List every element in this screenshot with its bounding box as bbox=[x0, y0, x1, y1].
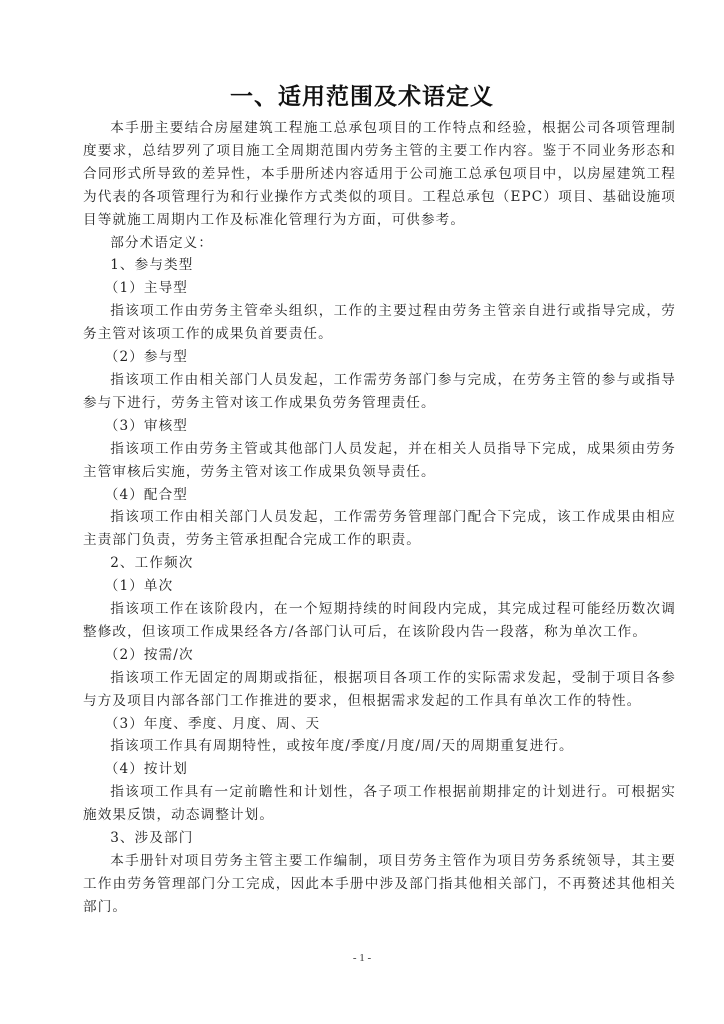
section-heading-work-frequency: 2、工作频次 bbox=[83, 552, 676, 575]
term-label-single: （1）单次 bbox=[83, 575, 676, 598]
section-heading-participation-type: 1、参与类型 bbox=[83, 254, 676, 277]
term-definition-reviewing: 指该项工作由劳务主管或其他部门人员发起，并在相关人员指导下完成，成果须由劳务主管… bbox=[83, 438, 676, 484]
term-label-periodic: （3）年度、季度、月度、周、天 bbox=[83, 713, 676, 736]
term-label-on-demand: （2）按需/次 bbox=[83, 644, 676, 667]
document-page: 一、适用范围及术语定义 本手册主要结合房屋建筑工程施工总承包项目的工作特点和经验… bbox=[0, 0, 724, 1024]
term-definition-single: 指该项工作在该阶段内，在一个短期持续的时间段内完成，其完成过程可能经历数次调整修… bbox=[83, 598, 676, 644]
departments-paragraph: 本手册针对项目劳务主管主要工作编制，项目劳务主管作为项目劳务系统领导，其主要工作… bbox=[83, 850, 676, 919]
term-definition-planned: 指该项工作具有一定前瞻性和计划性，各子项工作根据前期排定的计划进行。可根据实施效… bbox=[83, 781, 676, 827]
term-definition-participating: 指该项工作由相关部门人员发起，工作需劳务部门参与完成，在劳务主管的参与或指导参与… bbox=[83, 369, 676, 415]
term-label-leading: （1）主导型 bbox=[83, 277, 676, 300]
term-label-cooperating: （4）配合型 bbox=[83, 484, 676, 507]
page-title: 一、适用范围及术语定义 bbox=[0, 82, 724, 112]
intro-paragraph: 本手册主要结合房屋建筑工程施工总承包项目的工作特点和经验，根据公司各项管理制度要… bbox=[83, 117, 676, 232]
document-body: 本手册主要结合房屋建筑工程施工总承包项目的工作特点和经验，根据公司各项管理制度要… bbox=[83, 117, 676, 919]
page-number: - 1 - bbox=[0, 952, 724, 964]
term-label-participating: （2）参与型 bbox=[83, 346, 676, 369]
terms-heading: 部分术语定义： bbox=[83, 232, 676, 255]
section-heading-departments: 3、涉及部门 bbox=[83, 827, 676, 850]
term-label-planned: （4）按计划 bbox=[83, 758, 676, 781]
term-definition-cooperating: 指该项工作由相关部门人员发起，工作需劳务管理部门配合下完成，该工作成果由相应主责… bbox=[83, 506, 676, 552]
term-definition-leading: 指该项工作由劳务主管牵头组织，工作的主要过程由劳务主管亲自进行或指导完成，劳务主… bbox=[83, 300, 676, 346]
term-label-reviewing: （3）审核型 bbox=[83, 415, 676, 438]
term-definition-periodic: 指该项工作具有周期特性，或按年度/季度/月度/周/天的周期重复进行。 bbox=[83, 735, 676, 758]
term-definition-on-demand: 指该项工作无固定的周期或指征，根据项目各项工作的实际需求发起，受制于项目各参与方… bbox=[83, 667, 676, 713]
